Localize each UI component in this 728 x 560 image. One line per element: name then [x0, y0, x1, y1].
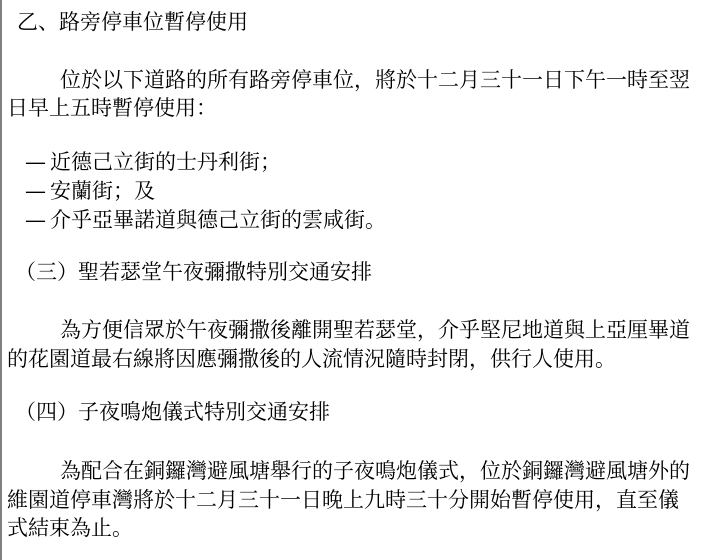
street-list-item: —近德己立街的士丹利街；	[25, 150, 281, 175]
section-four-paragraph-line-1: 為配合在銅鑼灣避風塘舉行的子夜鳴炮儀式，位於銅鑼灣避風塘外的	[60, 459, 690, 484]
section-b-paragraph-line-2: 日早上五時暫停使用：	[7, 96, 217, 121]
bullet-dash: —	[25, 179, 50, 204]
left-edge-rule	[0, 0, 2, 560]
bullet-dash: —	[25, 208, 50, 233]
section-three-heading: （三）聖若瑟堂午夜彌撒特別交通安排	[15, 260, 372, 285]
section-four-heading: （四）子夜鳴炮儀式特別交通安排	[15, 400, 330, 425]
section-b-paragraph-line-1: 位於以下道路的所有路旁停車位，將於十二月三十一日下午一時至翌	[60, 68, 690, 93]
document-page: 乙、路旁停車位暫停使用 位於以下道路的所有路旁停車位，將於十二月三十一日下午一時…	[0, 0, 728, 560]
bullet-dash: —	[25, 150, 50, 175]
street-list-item: —安蘭街；及	[25, 179, 155, 204]
section-three-paragraph-line-1: 為方便信眾於午夜彌撒後離開聖若瑟堂，介乎堅尼地道與上亞厘畢道	[60, 318, 690, 343]
street-list-item-text: 介乎亞畢諾道與德己立街的雲咸街。	[50, 208, 386, 232]
street-list-item-text: 安蘭街；及	[50, 179, 155, 203]
section-b-heading: 乙、路旁停車位暫停使用	[17, 10, 248, 35]
street-list-item: —介乎亞畢諾道與德己立街的雲咸街。	[25, 208, 386, 233]
section-three-paragraph-line-2: 的花園道最右線將因應彌撒後的人流情況隨時封閉，供行人使用。	[7, 347, 616, 372]
section-four-paragraph-line-2: 維園道停車灣將於十二月三十一日晚上九時三十分開始暫停使用，直至儀	[7, 488, 679, 513]
street-list-item-text: 近德己立街的士丹利街；	[50, 150, 281, 174]
section-four-paragraph-line-3: 式結束為止。	[7, 516, 133, 541]
